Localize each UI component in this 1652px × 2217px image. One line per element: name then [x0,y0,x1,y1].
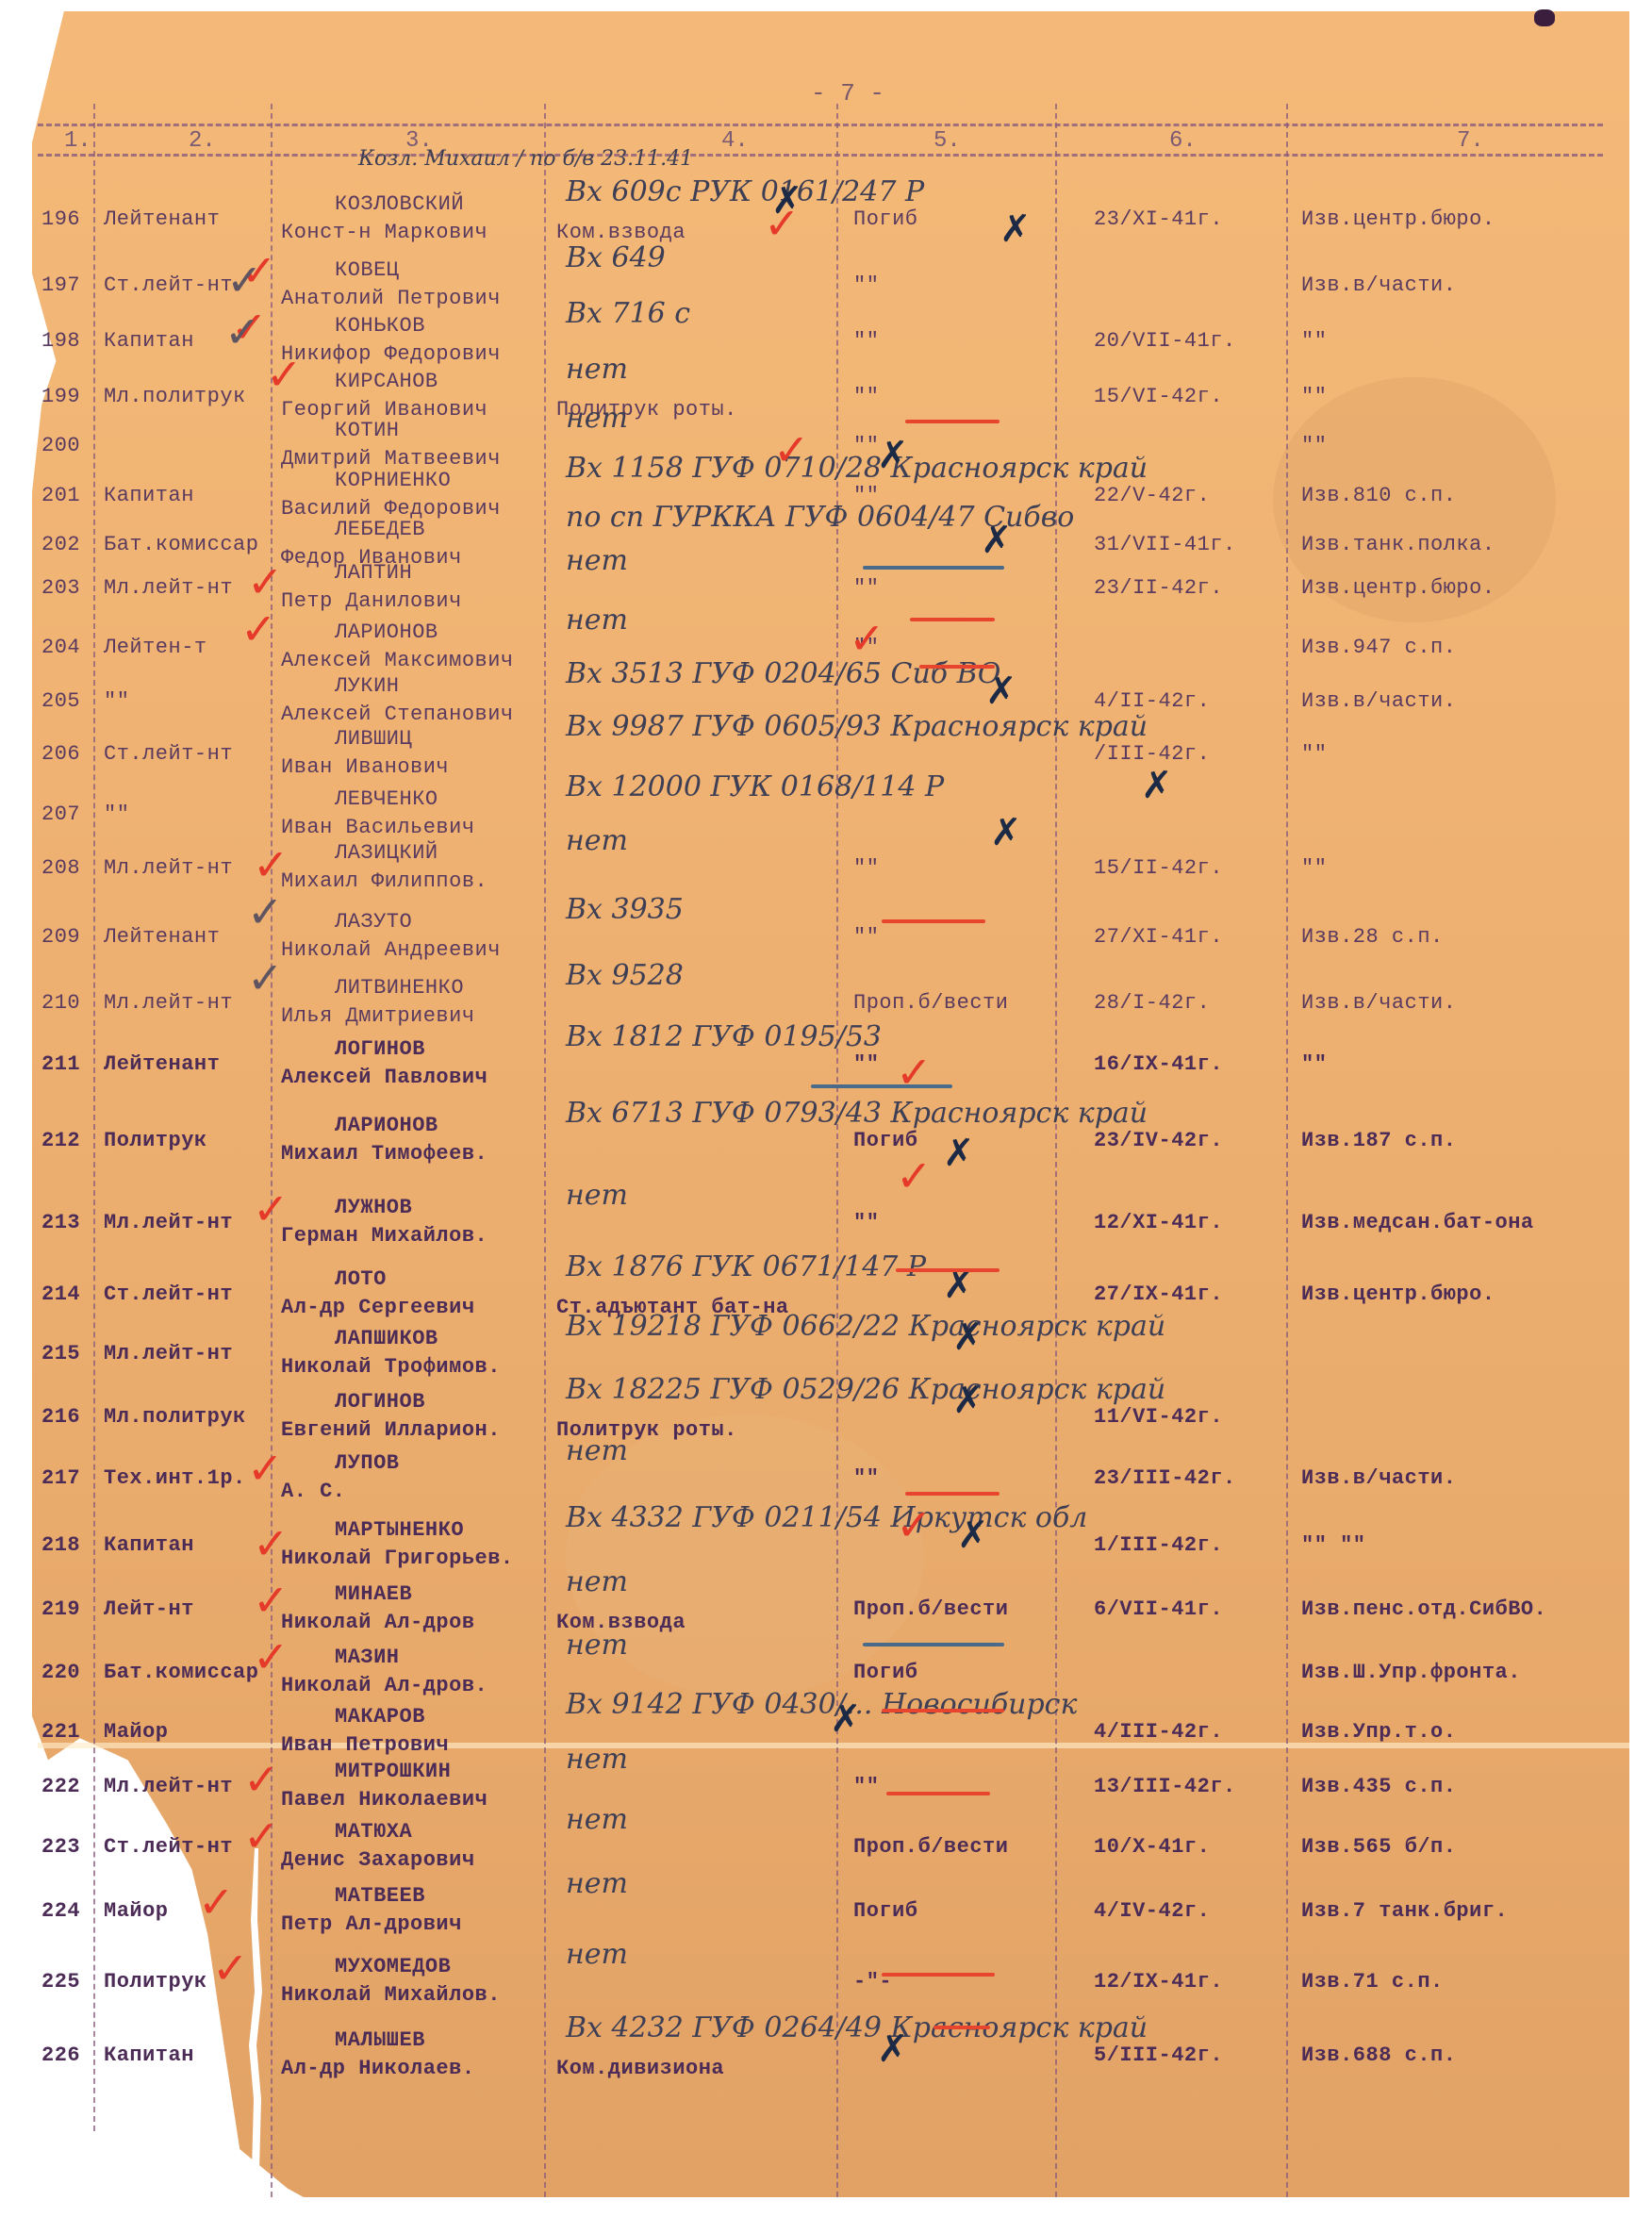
date-cell: 27/IX-41г. [1094,1282,1223,1306]
source-cell: Изв.центр.бюро. [1301,576,1495,600]
red-check-icon: ✓ [247,1443,284,1494]
date-cell: 23/XI-41г. [1094,207,1223,231]
column-divider [836,104,838,2197]
column-divider [1055,104,1057,2197]
column-number: 4. [721,128,749,154]
handwritten-annotation: нет [566,1938,628,1971]
row-number: 219 [41,1597,80,1621]
column-divider [93,104,95,2131]
handwritten-annotation: Вх 649 [566,241,666,274]
column-number: 5. [933,128,961,154]
cross-mark-icon: ✗ [952,1379,984,1422]
row-number: 210 [41,991,80,1015]
source-cell: Изв.688 с.п. [1301,2043,1456,2067]
surname-cell: МАТЮХА [335,1820,412,1844]
rank-cell: Бат.комиссар [104,533,258,556]
source-cell: Изв.187 с.п. [1301,1129,1456,1152]
red-underline [919,665,995,669]
red-check-icon: ✓ [849,613,885,664]
surname-cell: КИРСАНОВ [335,370,438,393]
surname-cell: КОВЕЦ [335,258,400,282]
row-number: 206 [41,742,80,766]
given-name-cell: Анатолий Петрович [281,287,501,310]
surname-cell: ЛОТО [335,1267,387,1291]
surname-cell: МАЗИН [335,1646,400,1669]
handwritten-annotation: Вх 1812 ГУФ 0195/53 [566,1020,882,1053]
handwritten-annotation: нет [566,824,628,857]
row-number: 217 [41,1466,80,1490]
row-number: 221 [41,1720,80,1744]
status-cell: "" [853,273,879,297]
surname-cell: ЛУКИН [335,674,400,698]
status-cell: Проп.б/вести [853,1597,1008,1621]
red-check-icon: ✓ [896,1047,933,1098]
date-cell: 15/II-42г. [1094,856,1223,880]
ink-blot [1534,9,1555,26]
source-cell: Изв.пенс.отд.СибВО. [1301,1597,1546,1621]
row-number: 214 [41,1282,80,1306]
cross-mark-icon: ✗ [830,1697,862,1741]
source-cell: Изв.947 с.п. [1301,636,1456,659]
given-name-cell: Николай Григорьев. [281,1547,514,1570]
status-cell: "" [853,1775,879,1798]
surname-cell: ЛУЖНОВ [335,1196,412,1219]
rank-cell: Капитан [104,2043,194,2067]
surname-cell: МИНАЕВ [335,1582,412,1606]
date-cell: 6/VII-41г. [1094,1597,1223,1621]
cross-mark-icon: ✗ [999,207,1032,251]
date-cell: 11/VI-42г. [1094,1405,1223,1429]
cross-mark-icon: ✗ [981,519,1013,562]
red-check-icon: ✓ [266,349,303,400]
red-check-icon: ✓ [212,1943,249,1994]
status-cell: Проп.б/вести [853,1835,1008,1859]
status-cell: "" [853,576,879,600]
surname-cell: КОЗЛОВСКИЙ [335,192,464,216]
source-cell: Изв.центр.бюро. [1301,1282,1495,1306]
rank-cell: Мл.лейт-нт [104,1342,233,1365]
cross-mark-icon: ✗ [877,2027,909,2071]
rank-cell: Мл.политрук [104,1405,246,1429]
source-cell: Изв.в/части. [1301,991,1456,1015]
rank-cell: Капитан [104,484,194,507]
status-cell: "" [853,1211,879,1234]
date-cell: 22/V-42г. [1094,484,1210,507]
rank-cell: Ст.лейт-нт [104,742,233,766]
surname-cell: ЛАПТИН [335,561,412,585]
red-check-icon: ✓ [240,604,277,654]
date-cell: 5/III-42г. [1094,2043,1223,2067]
source-cell: "" "" [1301,1533,1366,1557]
handwritten-annotation: нет [566,353,628,386]
blue-underline [863,1643,1004,1646]
source-cell: "" [1301,742,1327,766]
column-number: 1. [64,128,91,154]
given-name-cell: Николай Андреевич [281,938,501,962]
rank-cell: Мл.лейт-нт [104,1775,233,1798]
pencil-check-icon: ✓ [247,952,284,1003]
date-cell: 15/VI-42г. [1094,385,1223,408]
rank-cell: Капитан [104,1533,194,1557]
status-cell: "" [853,925,879,949]
row-number: 202 [41,533,80,556]
date-cell: 20/VII-41г. [1094,329,1236,353]
status-cell: "" [853,1052,879,1076]
source-cell: "" [1301,856,1327,880]
status-cell: "" [853,385,879,408]
red-check-icon: ✓ [198,1877,235,1927]
source-cell: "" [1301,329,1327,353]
red-check-icon: ✓ [253,1183,289,1234]
given-name-cell: Николай Ал-дров [281,1611,475,1634]
handwritten-annotation: Вх 3935 [566,893,684,926]
header-rule-top [38,124,1603,126]
row-number: 203 [41,576,80,600]
handwritten-annotation: Вх 3513 ГУФ 0204/65 Сиб ВО [566,657,1000,690]
source-cell: Изв.28 с.п. [1301,925,1444,949]
source-cell: Изв.565 б/п. [1301,1835,1456,1859]
handwritten-annotation: нет [566,1867,628,1900]
rank-cell: Ст.лейт-нт [104,1282,233,1306]
rank-cell: Ст.лейт-нт [104,1835,233,1859]
handwritten-annotation: Вх 609с РУК 0161/247 Р [566,175,924,208]
row-number: 208 [41,856,80,880]
red-underline [905,1492,999,1496]
handwritten-annotation: Вх 716 с [566,297,690,330]
surname-cell: КОТИН [335,419,400,442]
handwritten-annotation: нет [566,544,628,577]
rank-cell: "" [104,802,129,826]
status-cell: "" [853,856,879,880]
handwritten-annotation: Вх 1158 ГУФ 0710/28 Красноярск край [566,452,1148,485]
date-cell: 4/IV-42г. [1094,1899,1210,1923]
given-name-cell: Евгений Илларион. [281,1418,501,1442]
given-name-cell: Иван Петрович [281,1733,449,1757]
page-number: - 7 - [811,79,884,108]
status-cell: Погиб [853,1899,918,1923]
source-cell: Изв.810 с.п. [1301,484,1456,507]
surname-cell: МАКАРОВ [335,1705,425,1729]
date-cell: 10/X-41г. [1094,1835,1210,1859]
column-divider [544,104,546,2197]
red-underline [896,1268,999,1272]
handwritten-note: Козл. Михаил / по б/в 23.11.41 [358,147,693,171]
red-underline [886,1792,990,1795]
handwritten-annotation: нет [566,1434,628,1467]
given-name-cell: Денис Захарович [281,1848,475,1872]
row-number: 201 [41,484,80,507]
date-cell: 31/VII-41г. [1094,533,1236,556]
row-number: 216 [41,1405,80,1429]
blue-underline [811,1084,952,1088]
source-cell: Изв.7 танк.бриг. [1301,1899,1508,1923]
handwritten-annotation: Вх 12000 ГУК 0168/114 Р [566,770,944,803]
row-number: 220 [41,1661,80,1684]
surname-cell: ЛАРИОНОВ [335,620,438,644]
red-check-icon: ✓ [253,1631,289,1682]
date-cell: 23/II-42г. [1094,576,1223,600]
given-name-cell: Конст-н Маркович [281,221,487,244]
date-cell: 23/IV-42г. [1094,1129,1223,1152]
column-divider [271,104,273,2197]
rank-cell: "" [104,689,129,713]
date-cell: 4/III-42г. [1094,1720,1223,1744]
row-number: 198 [41,329,80,353]
row-number: 226 [41,2043,80,2067]
row-number: 218 [41,1533,80,1557]
source-cell: Изв.в/части. [1301,273,1456,297]
status-cell: Погиб [853,207,918,231]
row-number: 225 [41,1970,80,1994]
surname-cell: ЛОГИНОВ [335,1390,425,1414]
handwritten-annotation: Вх 9142 ГУФ 0430/... Новосибирск [566,1688,1077,1721]
handwritten-annotation: Вх 9528 [566,959,684,992]
rank-cell: Бат.комиссар [104,1661,258,1684]
rank-cell: Капитан [104,329,194,353]
given-name-cell: Михаил Филиппов. [281,869,487,893]
status-cell: Погиб [853,1661,918,1684]
surname-cell: МАТВЕЕВ [335,1884,425,1908]
handwritten-annotation: нет [566,1803,628,1836]
source-cell: Изв.центр.бюро. [1301,207,1495,231]
rank-cell: Лейтенант [104,1052,220,1076]
source-cell: Изв.в/части. [1301,1466,1456,1490]
date-cell: 13/III-42г. [1094,1775,1236,1798]
status-cell: Погиб [853,1129,918,1152]
cross-mark-icon: ✗ [985,670,1017,713]
row-number: 205 [41,689,80,713]
red-underline [910,618,995,621]
red-underline [905,420,999,423]
source-cell: Изв.435 с.п. [1301,1775,1456,1798]
cross-mark-icon: ✗ [952,1315,984,1359]
rank-cell: Мл.лейт-нт [104,856,233,880]
handwritten-annotation: Вх 1876 ГУК 0671/147 Р [566,1250,926,1283]
source-cell: "" [1301,434,1327,457]
surname-cell: ЛИТВИНЕНКО [335,976,464,1000]
surname-cell: КОНЬКОВ [335,314,425,338]
given-name-cell: Николай Михайлов. [281,1983,501,2007]
surname-cell: ЛАПШИКОВ [335,1327,438,1350]
given-name-cell: Павел Николаевич [281,1788,487,1812]
rank-cell: Лейтенант [104,207,220,231]
surname-cell: МУХОМЕДОВ [335,1955,451,1978]
red-check-icon: ✓ [896,1499,933,1550]
surname-cell: МИТРОШКИН [335,1760,451,1783]
date-cell: 28/I-42г. [1094,991,1210,1015]
red-underline [933,2026,990,2029]
source-cell: Изв.Упр.т.о. [1301,1720,1456,1744]
pencil-check-icon: ✓ [226,255,263,306]
date-cell: 1/III-42г. [1094,1533,1223,1557]
red-check-icon: ✓ [253,839,289,890]
surname-cell: ЛАЗУТО [335,910,412,934]
given-name-cell: Алексей Степанович [281,703,514,726]
rank-cell: Мл.лейт-нт [104,991,233,1015]
red-check-icon: ✓ [896,1150,933,1201]
cross-mark-icon: ✗ [943,1132,975,1175]
row-number: 212 [41,1129,80,1152]
surname-cell: ЛОГИНОВ [335,1037,425,1061]
surname-cell: ЛУПОВ [335,1451,400,1475]
rank-cell: Майор [104,1899,169,1923]
red-check-icon: ✓ [247,556,284,607]
pencil-check-icon: ✓ [224,306,261,357]
row-number: 199 [41,385,80,408]
cross-mark-icon: ✗ [1141,764,1173,807]
handwritten-annotation: Вх 6713 ГУФ 0793/43 Красноярск край [566,1097,1148,1130]
rank-cell: Политрук [104,1970,207,1994]
date-cell: /III-42г. [1094,742,1210,766]
given-name-cell: Алексей Павлович [281,1066,487,1089]
handwritten-annotation: Вх 4232 ГУФ 0264/49 Красноярск край [566,2011,1148,2044]
handwritten-annotation: Вх 18225 ГУФ 0529/26 Красноярск край [566,1373,1165,1406]
row-number: 200 [41,434,80,457]
red-check-icon: ✓ [253,1575,289,1626]
given-name-cell: Илья Дмитриевич [281,1004,475,1028]
date-cell: 23/III-42г. [1094,1466,1236,1490]
surname-cell: ЛАРИОНОВ [335,1114,438,1137]
column-number: 2. [189,128,216,154]
given-name-cell: Алексей Максимович [281,649,514,672]
row-number: 207 [41,802,80,826]
blue-underline [863,566,1004,570]
given-name-cell: Ал-др Сергеевич [281,1296,475,1319]
given-name-cell: Николай Ал-дров. [281,1674,487,1697]
row-number: 197 [41,273,80,297]
surname-cell: ЛИВШИЦ [335,727,412,751]
given-name-cell: Иван Иванович [281,755,449,779]
header-rule-bottom [38,154,1603,157]
handwritten-annotation: Вх 9987 ГУФ 0605/93 Красноярск край [566,710,1148,743]
row-number: 209 [41,925,80,949]
handwritten-annotation: Вх 19218 ГУФ 0662/22 Красноярск край [566,1310,1165,1343]
position-cell: Ком.дивизиона [556,2057,724,2080]
date-cell: 12/XI-41г. [1094,1211,1223,1234]
surname-cell: МАЛЫШЕВ [335,2028,425,2052]
red-underline [882,1973,995,1977]
source-cell: Изв.танк.полка. [1301,533,1495,556]
handwritten-annotation: нет [566,1565,628,1598]
column-divider [1286,104,1288,2197]
given-name-cell: Никифор Федорович [281,342,501,366]
row-number: 213 [41,1211,80,1234]
cross-mark-icon: ✗ [990,811,1022,854]
row-number: 196 [41,207,80,231]
red-check-icon: ✓ [253,1518,289,1569]
given-name-cell: Ал-др Николаев. [281,2057,475,2080]
rank-cell: Политрук [104,1129,207,1152]
rank-cell: Лейтен-т [104,636,207,659]
cross-mark-icon: ✗ [957,1514,989,1557]
date-cell: 16/IX-41г. [1094,1052,1223,1076]
given-name-cell: Петр Данилович [281,589,462,613]
rank-cell: Ст.лейт-нт [104,273,233,297]
rank-cell: Мл.политрук [104,385,246,408]
row-number: 211 [41,1052,80,1076]
row-number: 223 [41,1835,80,1859]
given-name-cell: Михаил Тимофеев. [281,1142,487,1166]
source-cell: Изв.медсан.бат-она [1301,1211,1534,1234]
red-underline [882,1709,1004,1712]
handwritten-annotation: нет [566,1629,628,1662]
date-cell: 27/XI-41г. [1094,925,1223,949]
source-cell: "" [1301,385,1327,408]
given-name-cell: Иван Васильевич [281,816,475,839]
rank-cell: Мл.лейт-нт [104,1211,233,1234]
red-check-icon: ✓ [764,198,801,249]
row-number: 222 [41,1775,80,1798]
surname-cell: ЛЕВЧЕНКО [335,787,438,811]
rank-cell: Майор [104,1720,169,1744]
surname-cell: ЛАЗИЦКИЙ [335,841,438,865]
pencil-check-icon: ✓ [247,886,284,937]
handwritten-annotation: нет [566,604,628,637]
given-name-cell: Николай Трофимов. [281,1355,501,1379]
surname-cell: КОРНИЕНКО [335,469,451,492]
red-check-icon: ✓ [773,424,810,475]
source-cell: Изв.в/части. [1301,689,1456,713]
given-name-cell: А. С. [281,1480,346,1503]
source-cell: Изв.Ш.Упр.фронта. [1301,1661,1521,1684]
handwritten-annotation: нет [566,1179,628,1212]
status-cell: Проп.б/вести [853,991,1008,1015]
red-check-icon: ✓ [243,1811,280,1861]
column-number: 6. [1169,128,1197,154]
rank-cell: Лейтенант [104,925,220,949]
red-check-icon: ✓ [243,1754,280,1805]
row-number: 224 [41,1899,80,1923]
rank-cell: Мл.лейт-нт [104,576,233,600]
date-cell: 12/IX-41г. [1094,1970,1223,1994]
rank-cell: Тех.инт.1р. [104,1466,246,1490]
cross-mark-icon: ✗ [877,434,909,477]
given-name-cell: Петр Ал-дрович [281,1912,462,1936]
handwritten-annotation: нет [566,1743,628,1776]
source-cell: Изв.71 с.п. [1301,1970,1444,1994]
handwritten-annotation: Вх 4332 ГУФ 0211/54 Иркутск обл [566,1501,1087,1534]
row-number: 215 [41,1342,80,1365]
source-cell: "" [1301,1052,1327,1076]
given-name-cell: Дмитрий Матвеевич [281,447,501,471]
given-name-cell: Герман Михайлов. [281,1224,487,1248]
red-underline [882,919,985,923]
status-cell: "" [853,329,879,353]
handwritten-annotation: нет [566,402,628,435]
column-number: 7. [1457,128,1484,154]
surname-cell: ЛЕБЕДЕВ [335,518,425,541]
status-cell: "" [853,1466,879,1490]
surname-cell: МАРТЫНЕНКО [335,1518,464,1542]
rank-cell: Лейт-нт [104,1597,194,1621]
row-number: 204 [41,636,80,659]
